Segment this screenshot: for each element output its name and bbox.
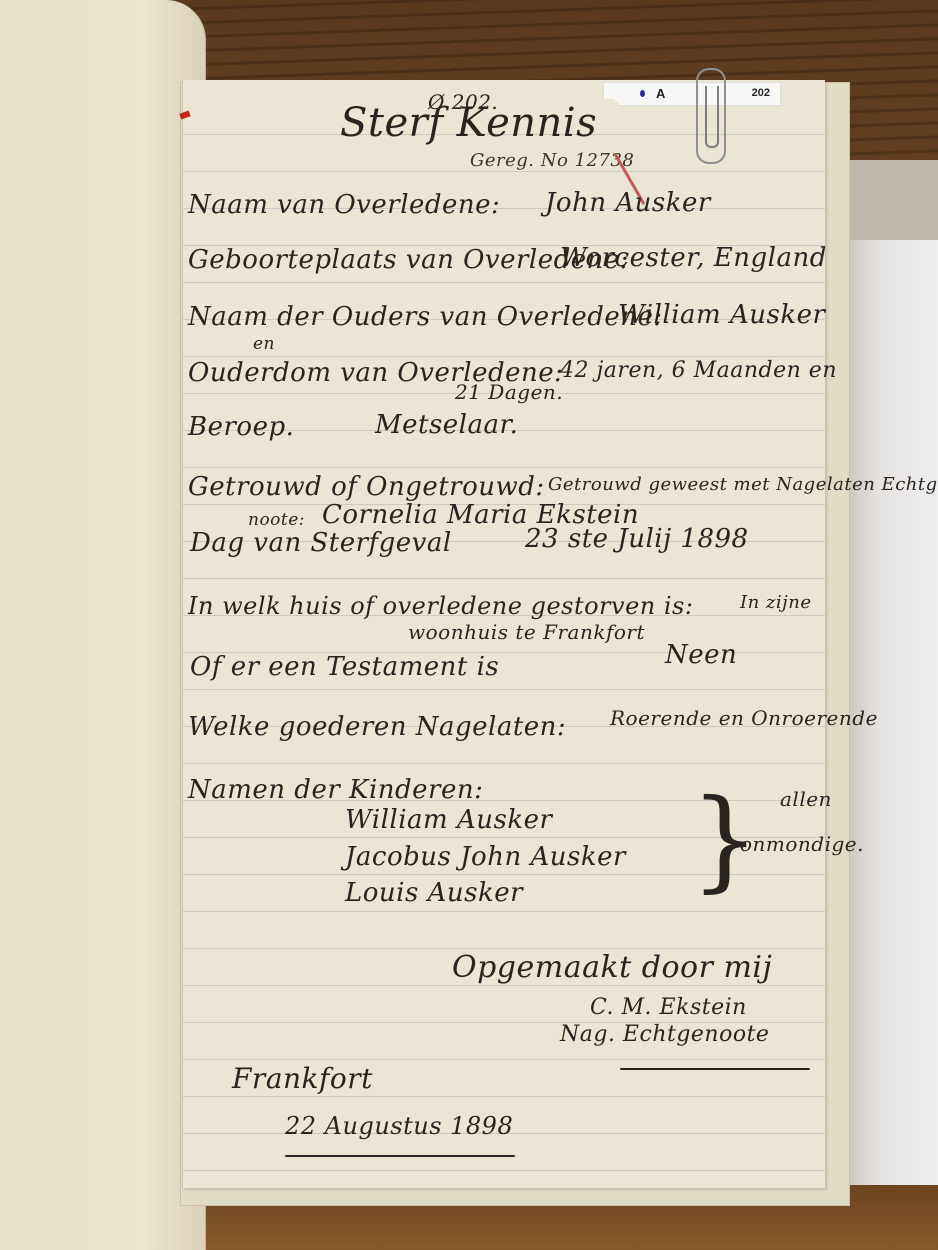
field-value-death-house: In zijne <box>740 592 812 613</box>
left-book-page <box>0 0 206 1250</box>
field-label-testament: Of er een Testament is <box>190 652 499 682</box>
field-value-marital: Getrouwd geweest met Nagelaten Echtgenoo… <box>548 474 938 495</box>
registration-number: Gereg. No 12738 <box>470 150 634 171</box>
children-status-line2: onmondige. <box>740 832 864 856</box>
archive-label-letter: A <box>656 86 665 101</box>
archive-label-number: 202 <box>752 87 770 99</box>
blue-dot-icon <box>640 90 645 97</box>
field-label-parents: Naam der Ouders van Overledene: <box>188 302 663 332</box>
field-label-death-house: In welk huis of overledene gestorven is: <box>188 592 693 620</box>
children-label: Namen der Kinderen: <box>188 775 483 805</box>
wall-background <box>843 160 938 1190</box>
date: 22 Augustus 1898 <box>285 1112 513 1140</box>
signature-prepared-by: Opgemaakt door mij <box>452 950 772 985</box>
signature-underline <box>620 1068 810 1070</box>
date-underline <box>285 1155 515 1157</box>
paperclip-inner-loop <box>705 86 719 148</box>
field-note-parents: en <box>253 334 275 354</box>
field-label-occupation: Beroep. <box>188 412 294 442</box>
archive-label-tag: A 202 <box>603 82 781 106</box>
field-value-occupation: Metselaar. <box>375 410 518 440</box>
wall-shadow <box>843 160 938 240</box>
signature-name: C. M. Ekstein <box>590 995 747 1020</box>
field-label-name: Naam van Overledene: <box>188 190 500 220</box>
document-title: Sterf Kennis <box>340 100 597 146</box>
field-value-age: 42 jaren, 6 Maanden en <box>560 358 837 383</box>
field-value-death-house-cont: woonhuis te Frankfort <box>408 620 645 644</box>
field-label-death-date: Dag van Sterfgeval <box>190 528 452 558</box>
field-value-testament: Neen <box>665 640 737 670</box>
field-value-name: John Ausker <box>545 188 711 218</box>
place: Frankfort <box>232 1062 373 1095</box>
child-name-1: William Ausker <box>345 805 552 835</box>
field-value-death-date: 23 ste Julij 1898 <box>525 524 749 554</box>
signature-role: Nag. Echtgenoote <box>560 1022 769 1047</box>
child-name-3: Louis Ausker <box>345 878 523 908</box>
child-name-2: Jacobus John Ausker <box>345 842 626 872</box>
field-value-birthplace: Worcester, England <box>560 243 827 273</box>
children-status-line1: allen <box>780 787 832 811</box>
field-label-marital: Getrouwd of Ongetrouwd: <box>188 472 545 502</box>
field-value-goods: Roerende en Onroerende <box>610 706 878 730</box>
field-value-marital-prefix: noote: <box>248 510 305 530</box>
field-label-goods: Welke goederen Nagelaten: <box>188 712 566 742</box>
field-value-age-cont: 21 Dagen. <box>455 380 563 404</box>
field-value-parents: William Ausker <box>618 300 825 330</box>
